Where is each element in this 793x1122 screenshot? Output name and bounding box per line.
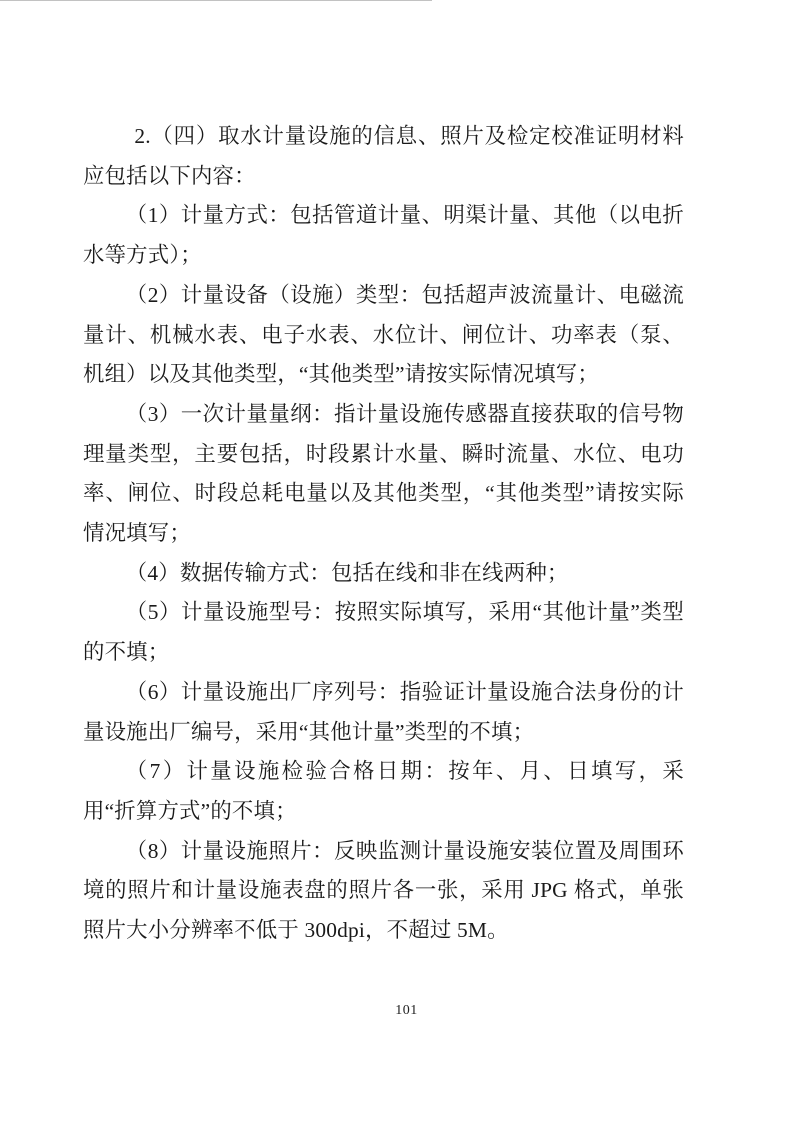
intro-paragraph: 2.（四）取水计量设施的信息、照片及检定校准证明材料应包括以下内容： bbox=[83, 117, 684, 196]
document-page: 2.（四）取水计量设施的信息、照片及检定校准证明材料应包括以下内容： （1）计量… bbox=[0, 0, 793, 1122]
item-6-paragraph: （6）计量设施出厂序列号：指验证计量设施合法身份的计量设施出厂编号，采用“其他计… bbox=[83, 673, 684, 752]
document-body: 2.（四）取水计量设施的信息、照片及检定校准证明材料应包括以下内容： （1）计量… bbox=[83, 117, 684, 951]
item-4-paragraph: （4）数据传输方式：包括在线和非在线两种； bbox=[83, 554, 684, 594]
item-5-paragraph: （5）计量设施型号：按照实际填写，采用“其他计量”类型的不填； bbox=[83, 593, 684, 672]
item-2-paragraph: （2）计量设备（设施）类型：包括超声波流量计、电磁流量计、机械水表、电子水表、水… bbox=[83, 276, 684, 395]
scan-artifact-line bbox=[0, 0, 432, 1]
item-3-paragraph: （3）一次计量量纲：指计量设施传感器直接获取的信号物理量类型，主要包括，时段累计… bbox=[83, 395, 684, 554]
item-7-paragraph: （7）计量设施检验合格日期：按年、月、日填写，采用“折算方式”的不填； bbox=[83, 752, 684, 831]
item-1-paragraph: （1）计量方式：包括管道计量、明渠计量、其他（以电折水等方式）； bbox=[83, 196, 684, 275]
item-8-paragraph: （8）计量设施照片：反映监测计量设施安装位置及周围环境的照片和计量设施表盘的照片… bbox=[83, 832, 684, 951]
page-number: 101 bbox=[10, 1003, 793, 1019]
